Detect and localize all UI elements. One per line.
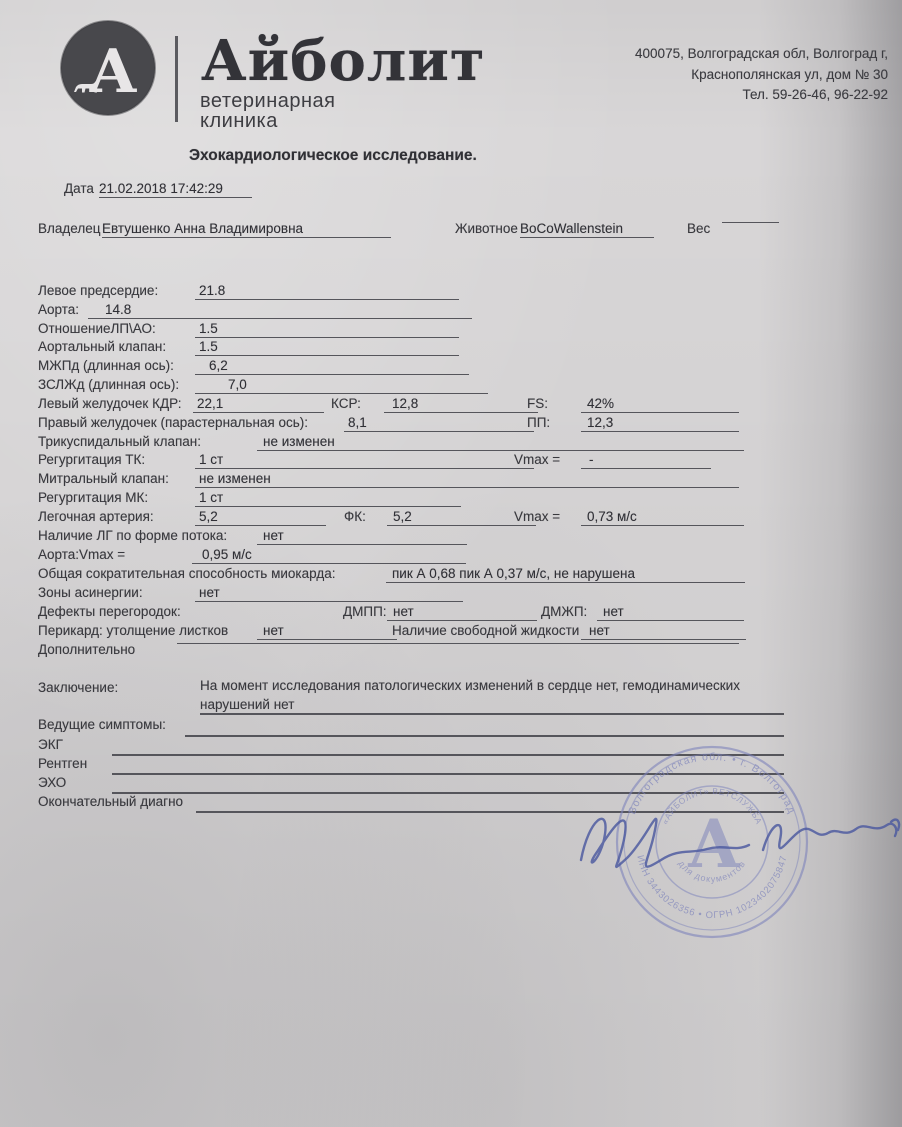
final-diagnosis-label: Окончательный диагно [38, 794, 183, 809]
field-aortic-valve-value: 1.5 [195, 339, 459, 356]
field-dmpp-label: ДМПП: [343, 604, 387, 619]
logo-letter: А [89, 37, 138, 107]
ecg-label: ЭКГ [38, 737, 63, 752]
field-lg-flow-label: Наличие ЛГ по форме потока: [38, 528, 227, 543]
weight-value [722, 221, 779, 223]
field-ksr-value: 12,8 [384, 396, 538, 413]
field-pulmonary-artery-value: 5,2 [195, 509, 326, 526]
field-lv-edd-label: Левый желудочек КДР: [38, 396, 182, 411]
field-tk-vmax-value: - [581, 452, 711, 469]
address-line2: Краснополянская ул, дом № 30 [635, 65, 888, 86]
field-left-atrium-label: Левое предсердие: [38, 283, 158, 298]
owner-value: Евтушенко Анна Владимировна [102, 221, 391, 238]
field-lvpwd-label: ЗСЛЖд (длинная ось): [38, 377, 179, 392]
field-ivsd-value: 6,2 [195, 358, 469, 375]
clinic-brand-name: Айболит [201, 28, 486, 94]
field-additional-label: Дополнительно [38, 642, 135, 657]
field-tk-vmax-label: Vmax = [514, 452, 560, 467]
field-pa-vmax-label: Vmax = [514, 509, 560, 524]
field-mk-regurgitation-label: Регургитация МК: [38, 490, 148, 505]
echo-label: ЭХО [38, 775, 66, 790]
header-divider [175, 36, 178, 122]
conclusion-underline [200, 713, 784, 715]
field-aorta-vmax-value: 0,95 м/с [192, 547, 466, 564]
field-tricuspid-valve-label: Трикуспидальный клапан: [38, 434, 201, 449]
field-tricuspid-valve-value: не изменен [257, 434, 744, 451]
doctor-signature [573, 778, 902, 893]
xray-label: Рентген [38, 756, 87, 771]
field-tk-regurgitation-value: 1 ст [195, 452, 534, 469]
conclusion-text: На момент исследования патологических из… [200, 677, 778, 714]
clinic-subtitle-line2: клиника [200, 110, 278, 133]
date-value: 21.02.2018 17:42:29 [99, 181, 252, 198]
field-aorta-value: 14.8 [88, 302, 472, 319]
symptoms-label: Ведущие симптомы: [38, 717, 166, 732]
field-pp-value: 12,3 [581, 415, 739, 432]
field-aorta-label: Аорта: [38, 302, 79, 317]
field-myocardial-contractility-label: Общая сократительная способность миокард… [38, 566, 335, 581]
field-aorta-vmax-label: Аорта:Vmax = [38, 547, 125, 562]
field-pp-label: ПП: [527, 415, 550, 430]
field-additional-value [177, 642, 739, 644]
field-dmpp-value: нет [387, 604, 537, 621]
field-dmzhp-label: ДМЖП: [541, 604, 587, 619]
field-mitral-valve-value: не изменен [195, 471, 739, 488]
field-free-fluid-label: Наличие свободной жидкости [392, 623, 579, 638]
field-rv-parasternal-label: Правый желудочек (парастернальная ось): [38, 415, 308, 430]
conclusion-label: Заключение: [38, 680, 118, 695]
address-line1: 400075, Волгоградская обл, Волгоград г, [635, 44, 888, 65]
field-pulmonary-artery-label: Легочная артерия: [38, 509, 154, 524]
owner-label: Владелец [38, 221, 100, 236]
clinic-logo-icon: А [58, 18, 158, 118]
animal-value: BoCoWallenstein [520, 221, 654, 238]
weight-label: Вес [687, 221, 710, 236]
field-fs-value: 42% [581, 396, 739, 413]
field-lv-edd-value: 22,1 [193, 396, 324, 413]
field-rv-parasternal-value: 8,1 [344, 415, 534, 432]
field-dmzhp-value: нет [597, 604, 744, 621]
field-aortic-valve-label: Аортальный клапан: [38, 339, 166, 354]
field-septal-defects-label: Дефекты перегородок: [38, 604, 181, 619]
field-asynergy-zones-value: нет [195, 585, 463, 602]
field-asynergy-zones-label: Зоны асинергии: [38, 585, 143, 600]
field-lvpwd-value: 7,0 [195, 377, 488, 394]
field-left-atrium-value: 21.8 [195, 283, 459, 300]
field-lp-ao-ratio-value: 1.5 [195, 321, 459, 338]
field-pericardium-label: Перикард: утолщение листков [38, 623, 228, 638]
field-fs-label: FS: [527, 396, 548, 411]
symptoms-blank-line [185, 735, 784, 737]
date-label: Дата [64, 181, 94, 196]
field-ivsd-label: МЖПд (длинная ось): [38, 358, 174, 373]
scanned-report-page: А Айболит ветеринарная клиника 400075, В… [0, 0, 902, 1127]
document-title: Эхокардиологическое исследование. [189, 147, 477, 165]
field-lg-flow-value: нет [257, 528, 467, 545]
field-pericardium-value: нет [257, 623, 397, 640]
field-fk-label: ФК: [344, 509, 366, 524]
clinic-address: 400075, Волгоградская обл, Волгоград г, … [635, 44, 888, 106]
field-pa-vmax-value: 0,73 м/с [581, 509, 744, 526]
field-mk-regurgitation-value: 1 ст [195, 490, 461, 507]
field-mitral-valve-label: Митральный клапан: [38, 471, 169, 486]
field-lp-ao-ratio-label: ОтношениеЛП\АО: [38, 321, 156, 336]
field-ksr-label: КСР: [331, 396, 361, 411]
field-free-fluid-value: нет [581, 623, 746, 640]
field-myocardial-contractility-value: пик А 0,68 пик А 0,37 м/с, не нарушена [386, 566, 745, 583]
field-tk-regurgitation-label: Регургитация ТК: [38, 452, 145, 467]
address-line3: Тел. 59-26-46, 96-22-92 [635, 85, 888, 106]
animal-label: Животное [455, 221, 518, 236]
